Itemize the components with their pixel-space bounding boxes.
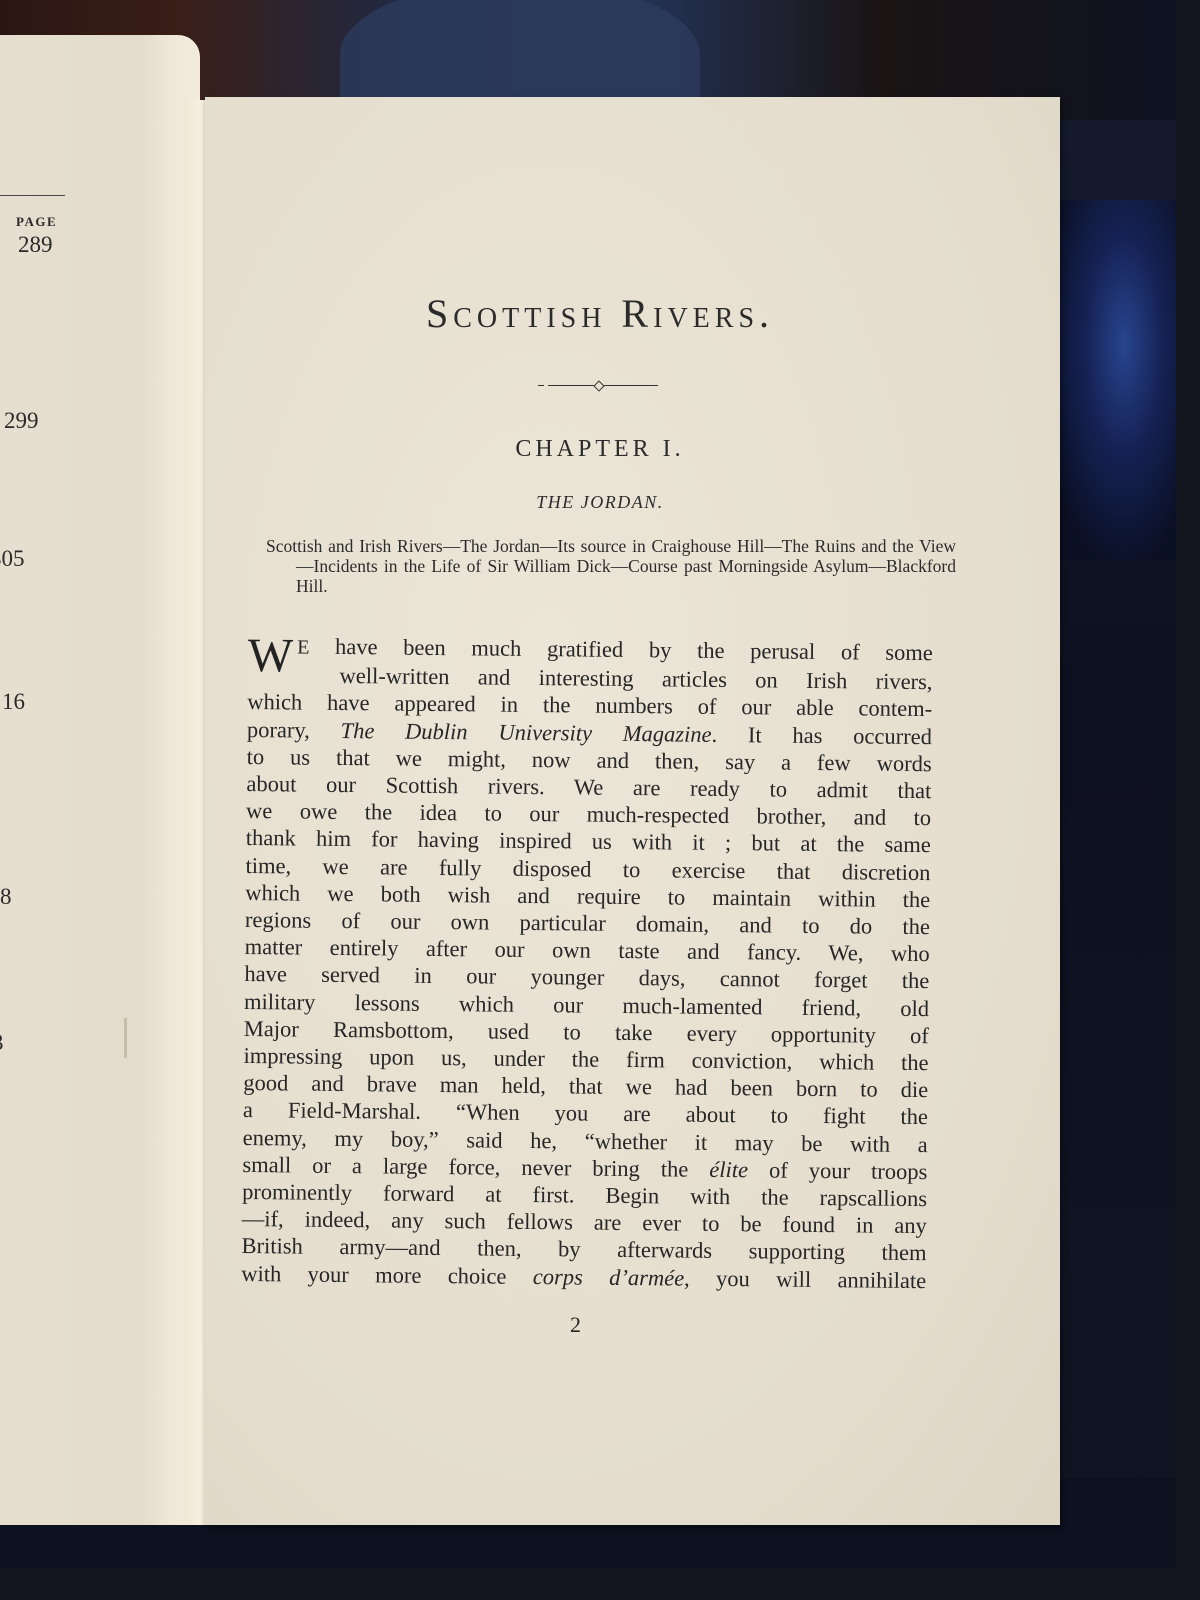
toc-page-number: 16 — [2, 689, 25, 715]
chapter-heading: CHAPTER I. — [420, 436, 780, 463]
book-title-text: Scottish Rivers. — [426, 291, 774, 336]
dropcap: W — [248, 636, 294, 676]
book-title: Scottish Rivers. — [340, 290, 860, 337]
spine-mark — [124, 1018, 127, 1058]
chapter-synopsis: Scottish and Irish Rivers—The Jordan—Its… — [266, 536, 956, 596]
title-ornament — [538, 383, 658, 389]
toc-page-number: 305 — [0, 546, 25, 572]
left-page — [0, 35, 200, 1525]
toc-page-number: 8 — [0, 884, 12, 910]
body-text: W E have been much gratified by the peru… — [241, 632, 933, 1294]
toc-page-number: 289 — [18, 232, 53, 258]
page-number: 2 — [570, 1312, 581, 1338]
toc-page-number: 299 — [4, 408, 39, 434]
chapter-subtitle: THE JORDAN. — [420, 492, 780, 513]
background-velvet — [1046, 200, 1176, 560]
toc-page-number: 3 — [0, 1030, 4, 1056]
toc-page-label: PAGE — [16, 214, 57, 230]
toc-rule — [0, 195, 65, 196]
